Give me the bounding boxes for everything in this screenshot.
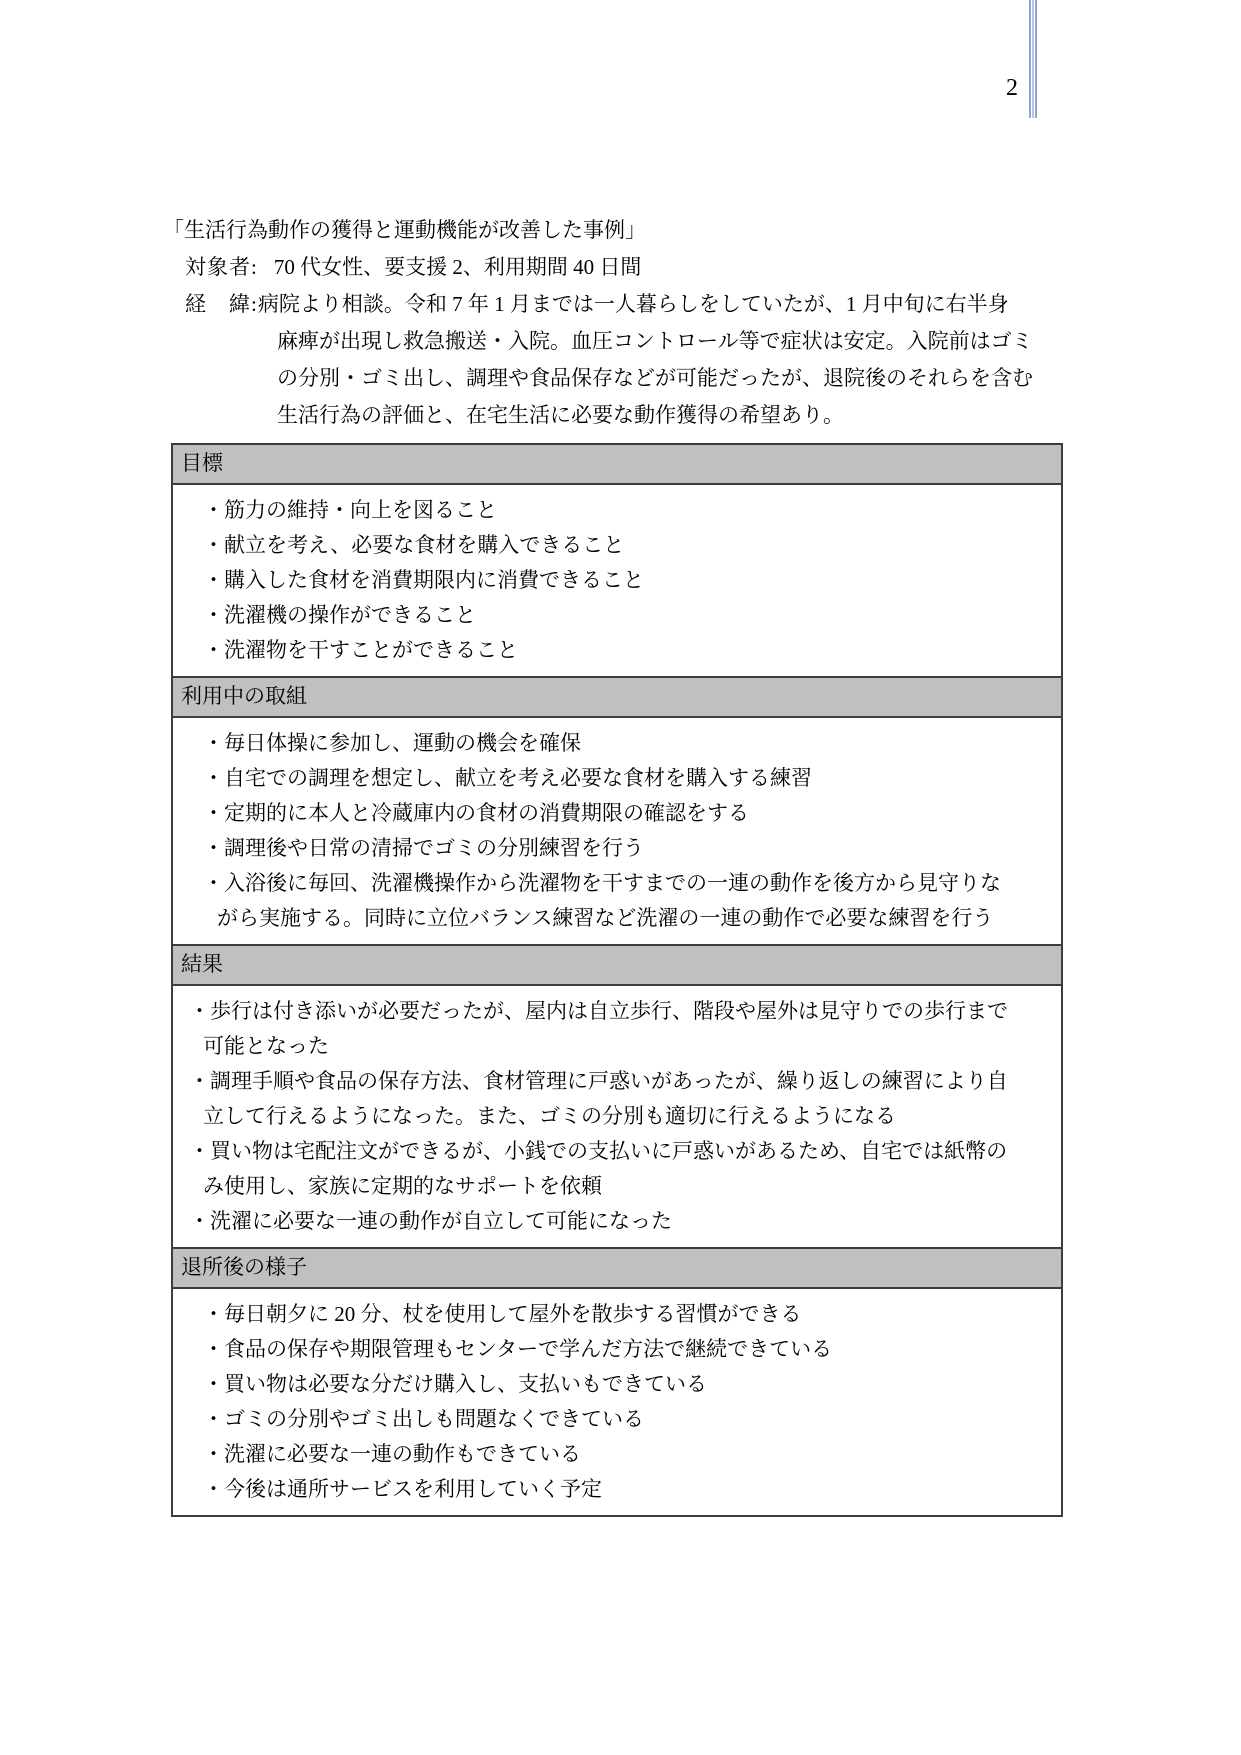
list-item-continuation: がら実施する。同時に立位バランス練習など洗濯の一連の動作で必要な練習を行う (173, 901, 1061, 936)
list-item: ・毎日体操に参加し、運動の機会を確保 (173, 726, 1061, 761)
case-title: 「生活行為動作の獲得と運動機能が改善した事例」 (163, 212, 1033, 249)
intro-block: 「生活行為動作の獲得と運動機能が改善した事例」 対象者:70 代女性、要支援 2… (163, 212, 1033, 434)
list-item: ・調理後や日常の清掃でゴミの分別練習を行う (173, 831, 1061, 866)
list-item-continuation: 立して行えるようになった。また、ゴミの分別も適切に行えるようになる (173, 1099, 1061, 1134)
subject-row: 対象者:70 代女性、要支援 2、利用期間 40 日間 (185, 249, 1033, 286)
list-item: ・定期的に本人と冷蔵庫内の食材の消費期限の確認をする (173, 796, 1061, 831)
subject-value: 70 代女性、要支援 2、利用期間 40 日間 (274, 255, 642, 279)
changed-lines-margin-bar (1029, 0, 1037, 118)
list-item: ・洗濯機の操作ができること (173, 598, 1061, 633)
list-item: ・洗濯物を干すことができること (173, 633, 1061, 668)
list-item: ・洗濯に必要な一連の動作もできている (173, 1437, 1061, 1472)
section-heading-activities: 利用中の取組 (173, 676, 1061, 718)
list-item: ・購入した食材を消費期限内に消費できること (173, 563, 1061, 598)
list-item: ・食品の保存や期限管理もセンターで学んだ方法で継続できている (173, 1332, 1061, 1367)
document-page: 2 「生活行為動作の獲得と運動機能が改善した事例」 対象者:70 代女性、要支援… (0, 0, 1241, 1755)
list-item: ・入浴後に毎回、洗濯機操作から洗濯物を干すまでの一連の動作を後方から見守りな (173, 866, 1061, 901)
list-item: ・買い物は必要な分だけ購入し、支払いもできている (173, 1367, 1061, 1402)
list-item-continuation: 可能となった (173, 1029, 1061, 1064)
section-body-goals: ・筋力の維持・向上を図ること ・献立を考え、必要な食材を購入できること ・購入し… (173, 485, 1061, 676)
section-body-activities: ・毎日体操に参加し、運動の機会を確保 ・自宅での調理を想定し、献立を考え必要な食… (173, 718, 1061, 944)
background-line: 生活行為の評価と、在宅生活に必要な動作獲得の希望あり。 (277, 397, 1033, 434)
section-heading-goals: 目標 (173, 445, 1061, 485)
list-item: ・今後は通所サービスを利用していく予定 (173, 1472, 1061, 1507)
subject-label: 対象者: (185, 255, 258, 279)
case-table: 目標 ・筋力の維持・向上を図ること ・献立を考え、必要な食材を購入できること ・… (171, 443, 1063, 1517)
section-body-after-discharge: ・毎日朝夕に 20 分、杖を使用して屋外を散歩する習慣ができる ・食品の保存や期… (173, 1289, 1061, 1515)
list-item-continuation: み使用し、家族に定期的なサポートを依頼 (173, 1169, 1061, 1204)
background-line: 麻痺が出現し救急搬送・入院。血圧コントロール等で症状は安定。入院前はゴミ (277, 323, 1033, 360)
list-item: ・調理手順や食品の保存方法、食材管理に戸惑いがあったが、繰り返しの練習により自 (173, 1064, 1061, 1099)
background-label: 経 緯: (185, 292, 258, 316)
background-line: の分別・ゴミ出し、調理や食品保存などが可能だったが、退院後のそれらを含む (277, 360, 1033, 397)
list-item: ・自宅での調理を想定し、献立を考え必要な食材を購入する練習 (173, 761, 1061, 796)
list-item: ・洗濯に必要な一連の動作が自立して可能になった (173, 1204, 1061, 1239)
section-heading-after-discharge: 退所後の様子 (173, 1247, 1061, 1289)
list-item: ・歩行は付き添いが必要だったが、屋内は自立歩行、階段や屋外は見守りでの歩行まで (173, 994, 1061, 1029)
list-item: ・買い物は宅配注文ができるが、小銭での支払いに戸惑いがあるため、自宅では紙幣の (173, 1134, 1061, 1169)
list-item: ・筋力の維持・向上を図ること (173, 493, 1061, 528)
background-row: 経 緯:病院より相談。令和 7 年 1 月までは一人暮らしをしていたが、1 月中… (185, 286, 1033, 323)
list-item: ・ゴミの分別やゴミ出しも問題なくできている (173, 1402, 1061, 1437)
list-item: ・毎日朝夕に 20 分、杖を使用して屋外を散歩する習慣ができる (173, 1297, 1061, 1332)
section-body-results: ・歩行は付き添いが必要だったが、屋内は自立歩行、階段や屋外は見守りでの歩行まで … (173, 986, 1061, 1247)
page-number: 2 (1006, 76, 1018, 100)
section-heading-results: 結果 (173, 944, 1061, 986)
background-line: 病院より相談。令和 7 年 1 月までは一人暮らしをしていたが、1 月中旬に右半… (258, 292, 1009, 316)
list-item: ・献立を考え、必要な食材を購入できること (173, 528, 1061, 563)
